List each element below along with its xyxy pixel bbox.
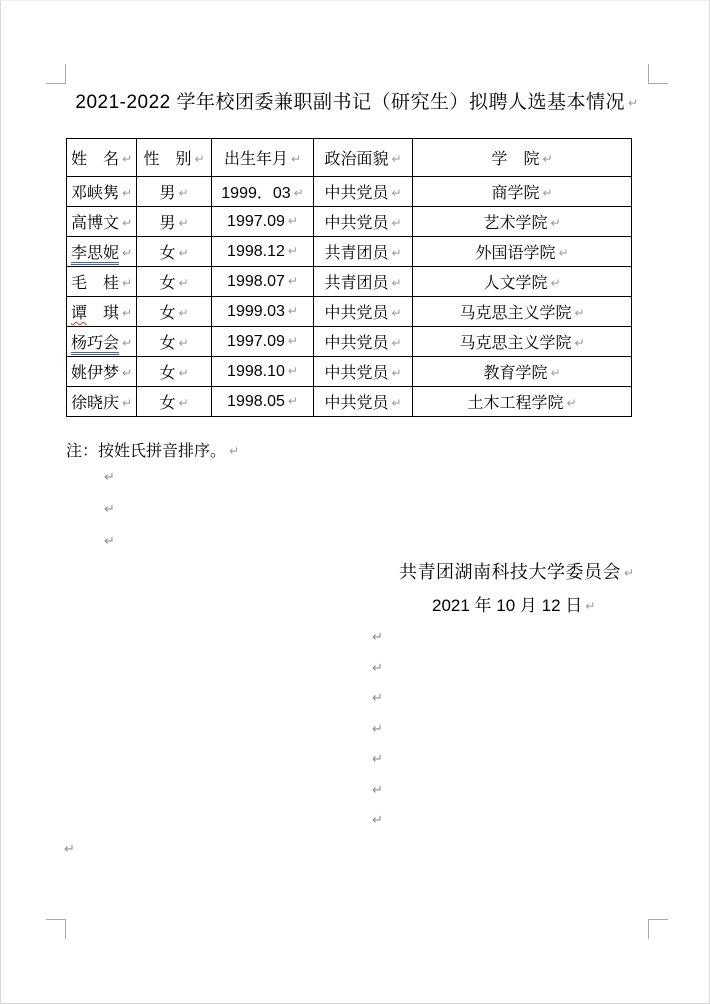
paragraph-mark-icon: ↵: [372, 813, 383, 826]
cell-birth: 1998.10↵: [212, 357, 314, 387]
paragraph-mark-icon: ↵: [624, 566, 635, 580]
table-row: 谭 琪↵ 女↵ 1999.03↵ 中共党员↵ 马克思主义学院↵: [67, 297, 632, 327]
cell-gender: 女↵: [137, 237, 212, 267]
paragraph-mark-icon: ↵: [291, 152, 301, 166]
cell-gender: 女↵: [137, 327, 212, 357]
header-name: 姓 名↵: [67, 139, 137, 177]
cell-gender: 男↵: [137, 207, 212, 237]
paragraph-mark-icon: ↵: [178, 276, 188, 290]
word-document-page: 2021-2022 学年校团委兼职副书记（研究生）拟聘人选基本情况↵ 姓 名↵ …: [0, 0, 710, 1004]
paragraph-mark-icon: ↵: [372, 722, 383, 735]
cell-politics: 中共党员↵: [314, 177, 413, 207]
paragraph-mark-icon: ↵: [391, 186, 401, 200]
paragraph-mark-icon: ↵: [391, 216, 401, 230]
header-politics: 政治面貌↵: [314, 139, 413, 177]
signature-line: 共青团湖南科技大学委员会↵: [399, 558, 635, 584]
paragraph-mark-icon: ↵: [391, 306, 401, 320]
paragraph-mark-icon: ↵: [104, 502, 115, 515]
paragraph-mark-icon: ↵: [550, 366, 560, 380]
paragraph-mark-icon: ↵: [229, 444, 239, 458]
cell-name: 杨巧会↵: [67, 327, 137, 357]
text-boundary-mark-bottom-left: [46, 919, 66, 939]
cell-politics: 中共党员↵: [314, 357, 413, 387]
paragraph-mark-icon: ↵: [550, 216, 560, 230]
cell-birth: 1998.07↵: [212, 267, 314, 297]
paragraph-mark-icon: ↵: [122, 276, 132, 290]
paragraph-mark-icon: ↵: [104, 470, 115, 483]
cell-college: 人文学院↵: [413, 267, 632, 297]
cell-birth: 1998.05↵: [212, 387, 314, 417]
cell-politics: 共青团员↵: [314, 237, 413, 267]
cell-name: 邓峡隽↵: [67, 177, 137, 207]
header-college: 学 院↵: [413, 139, 632, 177]
paragraph-mark-icon: ↵: [542, 186, 552, 200]
paragraph-mark-icon: ↵: [288, 214, 298, 228]
cell-politics: 中共党员↵: [314, 297, 413, 327]
header-birth: 出生年月↵: [212, 139, 314, 177]
paragraph-mark-icon: ↵: [122, 152, 132, 166]
paragraph-mark-icon: ↵: [288, 394, 298, 408]
cell-politics: 共青团员↵: [314, 267, 413, 297]
paragraph-mark-icon: ↵: [558, 246, 568, 260]
cell-birth: 1997.09↵: [212, 327, 314, 357]
document-title-text: 2021-2022 学年校团委兼职副书记（研究生）拟聘人选基本情况: [75, 92, 625, 113]
cell-college: 土木工程学院↵: [413, 387, 632, 417]
table-row: 杨巧会↵ 女↵ 1997.09↵ 中共党员↵ 马克思主义学院↵: [67, 327, 632, 357]
paragraph-mark-icon: ↵: [122, 246, 132, 260]
paragraph-mark-icon: ↵: [122, 216, 132, 230]
paragraph-mark-icon: ↵: [194, 152, 204, 166]
paragraph-mark-icon: ↵: [294, 186, 304, 200]
cell-politics: 中共党员↵: [314, 207, 413, 237]
cell-birth: 1999．03↵: [212, 177, 314, 207]
cell-college: 马克思主义学院↵: [413, 327, 632, 357]
cell-name: 谭 琪↵: [67, 297, 137, 327]
cell-college: 商学院↵: [413, 177, 632, 207]
paragraph-mark-icon: ↵: [122, 186, 132, 200]
cell-college: 马克思主义学院↵: [413, 297, 632, 327]
paragraph-mark-icon: ↵: [288, 364, 298, 378]
paragraph-mark-icon: ↵: [542, 152, 552, 166]
table-row: 邓峡隽↵ 男↵ 1999．03↵ 中共党员↵ 商学院↵: [67, 177, 632, 207]
cell-birth: 1997.09↵: [212, 207, 314, 237]
note-line: 注：按姓氏拼音排序。↵: [66, 438, 239, 461]
table-row: 高博文↵ 男↵ 1997.09↵ 中共党员↵ 艺术学院↵: [67, 207, 632, 237]
date-line: 2021 年 10 月 12 日↵: [432, 591, 595, 616]
cell-college: 教育学院↵: [413, 357, 632, 387]
paragraph-mark-icon: ↵: [288, 244, 298, 258]
cell-gender: 女↵: [137, 267, 212, 297]
header-gender: 性 别↵: [137, 139, 212, 177]
paragraph-mark-icon: ↵: [288, 334, 298, 348]
cell-politics: 中共党员↵: [314, 327, 413, 357]
paragraph-mark-icon: ↵: [391, 246, 401, 260]
paragraph-mark-icon: ↵: [372, 783, 383, 796]
paragraph-mark-icon: ↵: [566, 396, 576, 410]
cell-name: 高博文↵: [67, 207, 137, 237]
paragraph-mark-icon: ↵: [122, 396, 132, 410]
cell-college: 艺术学院↵: [413, 207, 632, 237]
cell-birth: 1998.12↵: [212, 237, 314, 267]
paragraph-mark-icon: ↵: [104, 534, 115, 547]
cell-politics: 中共党员↵: [314, 387, 413, 417]
paragraph-mark-icon: ↵: [391, 276, 401, 290]
signature-text: 共青团湖南科技大学委员会: [399, 562, 621, 582]
paragraph-mark-icon: ↵: [178, 366, 188, 380]
paragraph-mark-icon: ↵: [391, 396, 401, 410]
table-header-row: 姓 名↵ 性 别↵ 出生年月↵ 政治面貌↵ 学 院↵: [67, 139, 632, 177]
paragraph-mark-icon: ↵: [178, 336, 188, 350]
paragraph-mark-icon: ↵: [391, 152, 401, 166]
cell-gender: 女↵: [137, 297, 212, 327]
paragraph-mark-icon: ↵: [372, 630, 383, 643]
paragraph-mark-icon: ↵: [122, 366, 132, 380]
cell-name: 毛 桂↵: [67, 267, 137, 297]
cell-name: 李思妮↵: [67, 237, 137, 267]
paragraph-mark-icon: ↵: [585, 599, 595, 613]
paragraph-mark-icon: ↵: [178, 186, 188, 200]
table-row: 李思妮↵ 女↵ 1998.12↵ 共青团员↵ 外国语学院↵: [67, 237, 632, 267]
proofing-underline-blue: 杨巧会: [71, 335, 119, 355]
paragraph-mark-icon: ↵: [178, 306, 188, 320]
table-row: 姚伊梦↵ 女↵ 1998.10↵ 中共党员↵ 教育学院↵: [67, 357, 632, 387]
paragraph-mark-icon: ↵: [574, 306, 584, 320]
table-row: 毛 桂↵ 女↵ 1998.07↵ 共青团员↵ 人文学院↵: [67, 267, 632, 297]
cell-gender: 女↵: [137, 357, 212, 387]
paragraph-mark-icon: ↵: [122, 306, 132, 320]
paragraph-mark-icon: ↵: [288, 304, 298, 318]
cell-name: 徐晓庆↵: [67, 387, 137, 417]
paragraph-mark-icon: ↵: [391, 336, 401, 350]
note-text: 注：按姓氏拼音排序。: [66, 443, 226, 460]
text-boundary-mark-top-left: [46, 64, 66, 84]
paragraph-mark-icon: ↵: [574, 336, 584, 350]
text-boundary-mark-top-right: [648, 64, 668, 84]
text-boundary-mark-bottom-right: [648, 919, 668, 939]
paragraph-mark-icon: ↵: [178, 396, 188, 410]
candidates-table: 姓 名↵ 性 别↵ 出生年月↵ 政治面貌↵ 学 院↵ 邓峡隽↵ 男↵ 1999．…: [66, 138, 632, 417]
paragraph-mark-icon: ↵: [628, 96, 639, 110]
paragraph-mark-icon: ↵: [178, 246, 188, 260]
paragraph-mark-icon: ↵: [288, 274, 298, 288]
proofing-underline-red-wavy: 谭: [71, 305, 87, 322]
paragraph-mark-icon: ↵: [372, 661, 383, 674]
paragraph-mark-icon: ↵: [372, 752, 383, 765]
document-title: 2021-2022 学年校团委兼职副书记（研究生）拟聘人选基本情况↵: [66, 87, 648, 114]
proofing-underline-blue: 李思妮: [71, 245, 119, 265]
paragraph-mark-icon: ↵: [64, 842, 75, 855]
paragraph-mark-icon: ↵: [550, 276, 560, 290]
cell-birth: 1999.03↵: [212, 297, 314, 327]
paragraph-mark-icon: ↵: [178, 216, 188, 230]
cell-gender: 女↵: [137, 387, 212, 417]
paragraph-mark-icon: ↵: [122, 336, 132, 350]
cell-college: 外国语学院↵: [413, 237, 632, 267]
cell-name: 姚伊梦↵: [67, 357, 137, 387]
cell-gender: 男↵: [137, 177, 212, 207]
date-text: 2021 年 10 月 12 日: [432, 596, 582, 615]
table-row: 徐晓庆↵ 女↵ 1998.05↵ 中共党员↵ 土木工程学院↵: [67, 387, 632, 417]
paragraph-mark-icon: ↵: [391, 366, 401, 380]
paragraph-mark-icon: ↵: [372, 691, 383, 704]
